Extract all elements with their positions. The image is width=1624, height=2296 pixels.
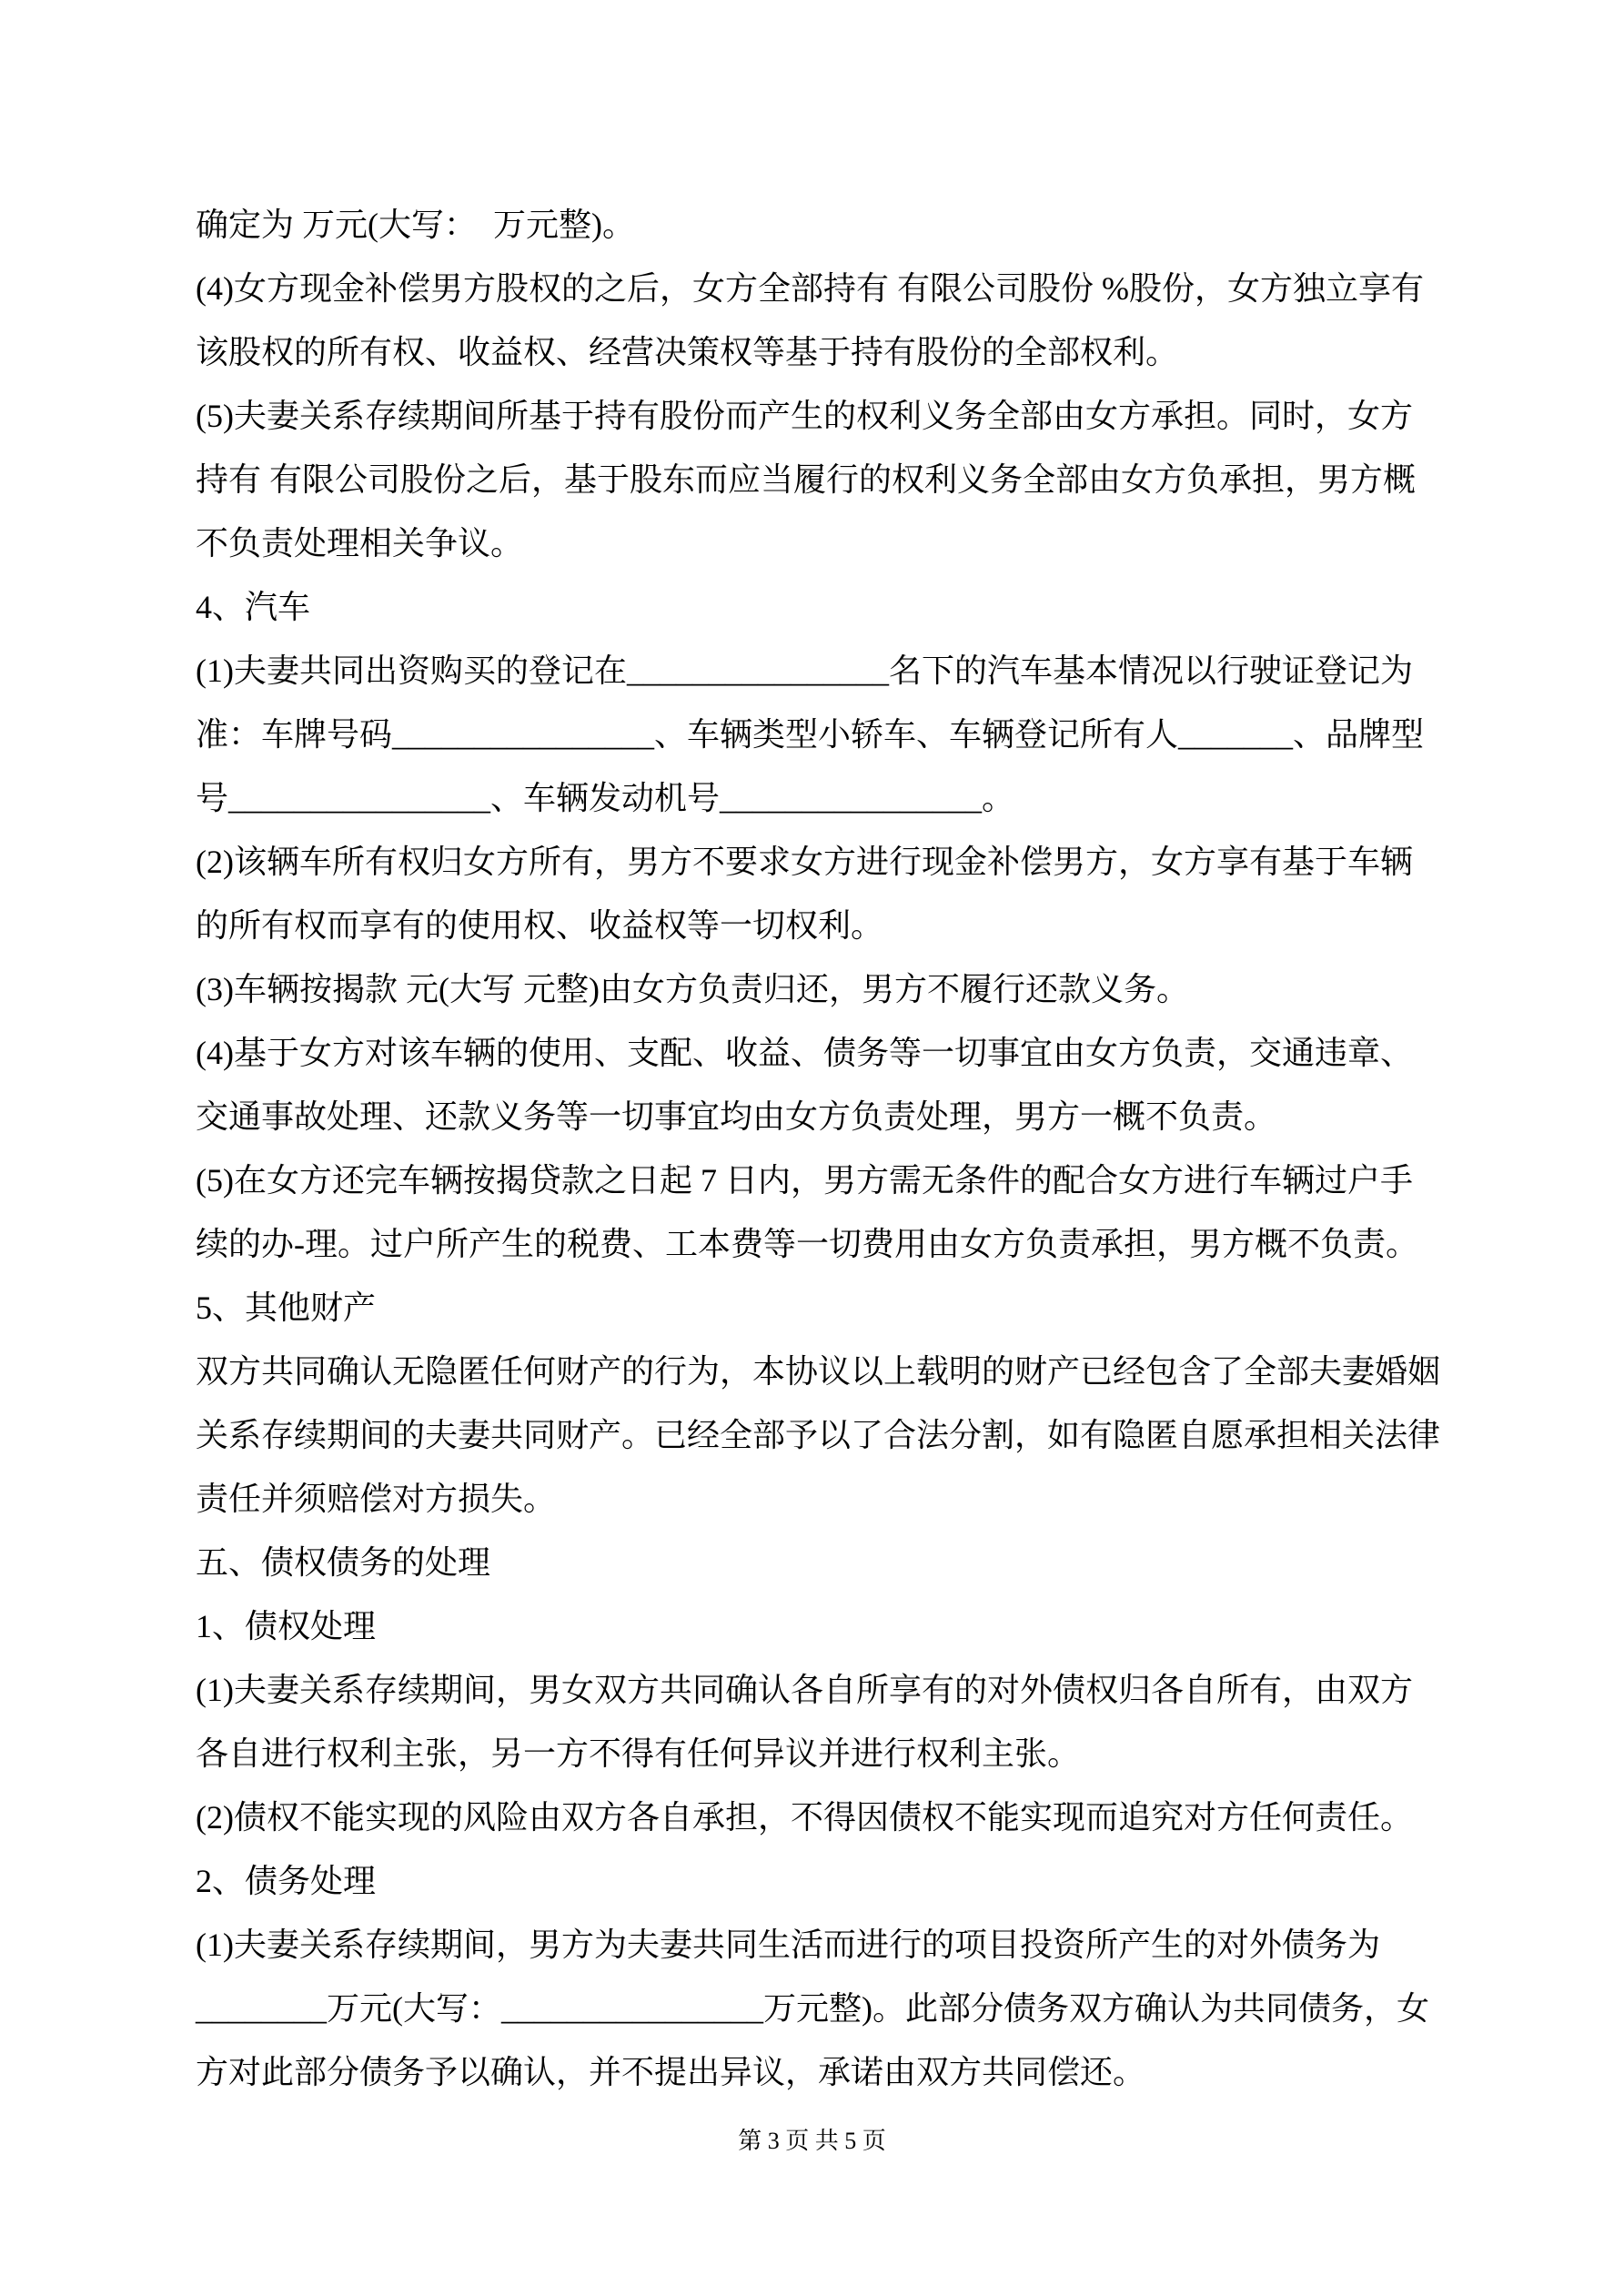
text-line: (5)在女方还完车辆按揭贷款之日起 7 日内，男方需无条件的配合女方进行车辆过户… xyxy=(196,1148,1433,1212)
text-line: 4、汽车 xyxy=(196,575,1433,639)
text-line: 2、债务处理 xyxy=(196,1849,1433,1913)
text-line: (4)基于女方对该车辆的使用、支配、收益、债务等一切事宜由女方负责，交通违章、 xyxy=(196,1021,1433,1085)
text-line: 双方共同确认无隐匿任何财产的行为，本协议以上载明的财产已经包含了全部夫妻婚姻 xyxy=(196,1340,1433,1403)
text-line: 准：车牌号码________________、车辆类型小轿车、车辆登记所有人__… xyxy=(196,703,1433,766)
text-line: (1)夫妻共同出资购买的登记在________________名下的汽车基本情况… xyxy=(196,639,1433,703)
page-footer: 第 3 页 共 5 页 xyxy=(0,2113,1624,2170)
text-line: 交通事故处理、还款义务等一切事宜均由女方负责处理，男方一概不负责。 xyxy=(196,1085,1433,1148)
text-line: 5、其他财产 xyxy=(196,1276,1433,1340)
text-line: 责任并须赔偿对方损失。 xyxy=(196,1467,1433,1531)
text-line: (1)夫妻关系存续期间，男方为夫妻共同生活而进行的项目投资所产生的对外债务为 xyxy=(196,1913,1433,1977)
text-line: 1、债权处理 xyxy=(196,1594,1433,1658)
text-line: 号________________、车辆发动机号________________… xyxy=(196,766,1433,830)
text-line: (4)女方现金补偿男方股权的之后，女方全部持有 有限公司股份 %股份，女方独立享… xyxy=(196,257,1433,320)
text-line: (2)该辆车所有权归女方所有，男方不要求女方进行现金补偿男方，女方享有基于车辆 xyxy=(196,830,1433,894)
text-line: 各自进行权利主张，另一方不得有任何异议并进行权利主张。 xyxy=(196,1722,1433,1785)
text-line: 该股权的所有权、收益权、经营决策权等基于持有股份的全部权利。 xyxy=(196,320,1433,384)
text-line: 关系存续期间的夫妻共同财产。已经全部予以了合法分割，如有隐匿自愿承担相关法律 xyxy=(196,1403,1433,1467)
text-line: 不负责处理相关争议。 xyxy=(196,511,1433,575)
text-line: 续的办-理。过户所产生的税费、工本费等一切费用由女方负责承担，男方概不负责。 xyxy=(196,1212,1433,1276)
document-body: 确定为 万元(大写： 万元整)。(4)女方现金补偿男方股权的之后，女方全部持有 … xyxy=(196,193,1433,2104)
text-line: (2)债权不能实现的风险由双方各自承担，不得因债权不能实现而追究对方任何责任。 xyxy=(196,1785,1433,1849)
text-line: 持有 有限公司股份之后，基于股东而应当履行的权利义务全部由女方负承担，男方概 xyxy=(196,448,1433,511)
text-line: 的所有权而享有的使用权、收益权等一切权利。 xyxy=(196,894,1433,957)
text-line: 确定为 万元(大写： 万元整)。 xyxy=(196,193,1433,257)
text-line: (5)夫妻关系存续期间所基于持有股份而产生的权利义务全部由女方承担。同时，女方 xyxy=(196,384,1433,448)
text-line: ________万元(大写：________________万元整)。此部分债务… xyxy=(196,1977,1433,2040)
text-line: (1)夫妻关系存续期间，男女双方共同确认各自所享有的对外债权归各自所有，由双方 xyxy=(196,1658,1433,1722)
document-page: 确定为 万元(大写： 万元整)。(4)女方现金补偿男方股权的之后，女方全部持有 … xyxy=(0,0,1624,2296)
text-line: 方对此部分债务予以确认，并不提出异议，承诺由双方共同偿还。 xyxy=(196,2040,1433,2104)
text-line: (3)车辆按揭款 元(大写 元整)由女方负责归还，男方不履行还款义务。 xyxy=(196,957,1433,1021)
text-line: 五、债权债务的处理 xyxy=(196,1531,1433,1594)
